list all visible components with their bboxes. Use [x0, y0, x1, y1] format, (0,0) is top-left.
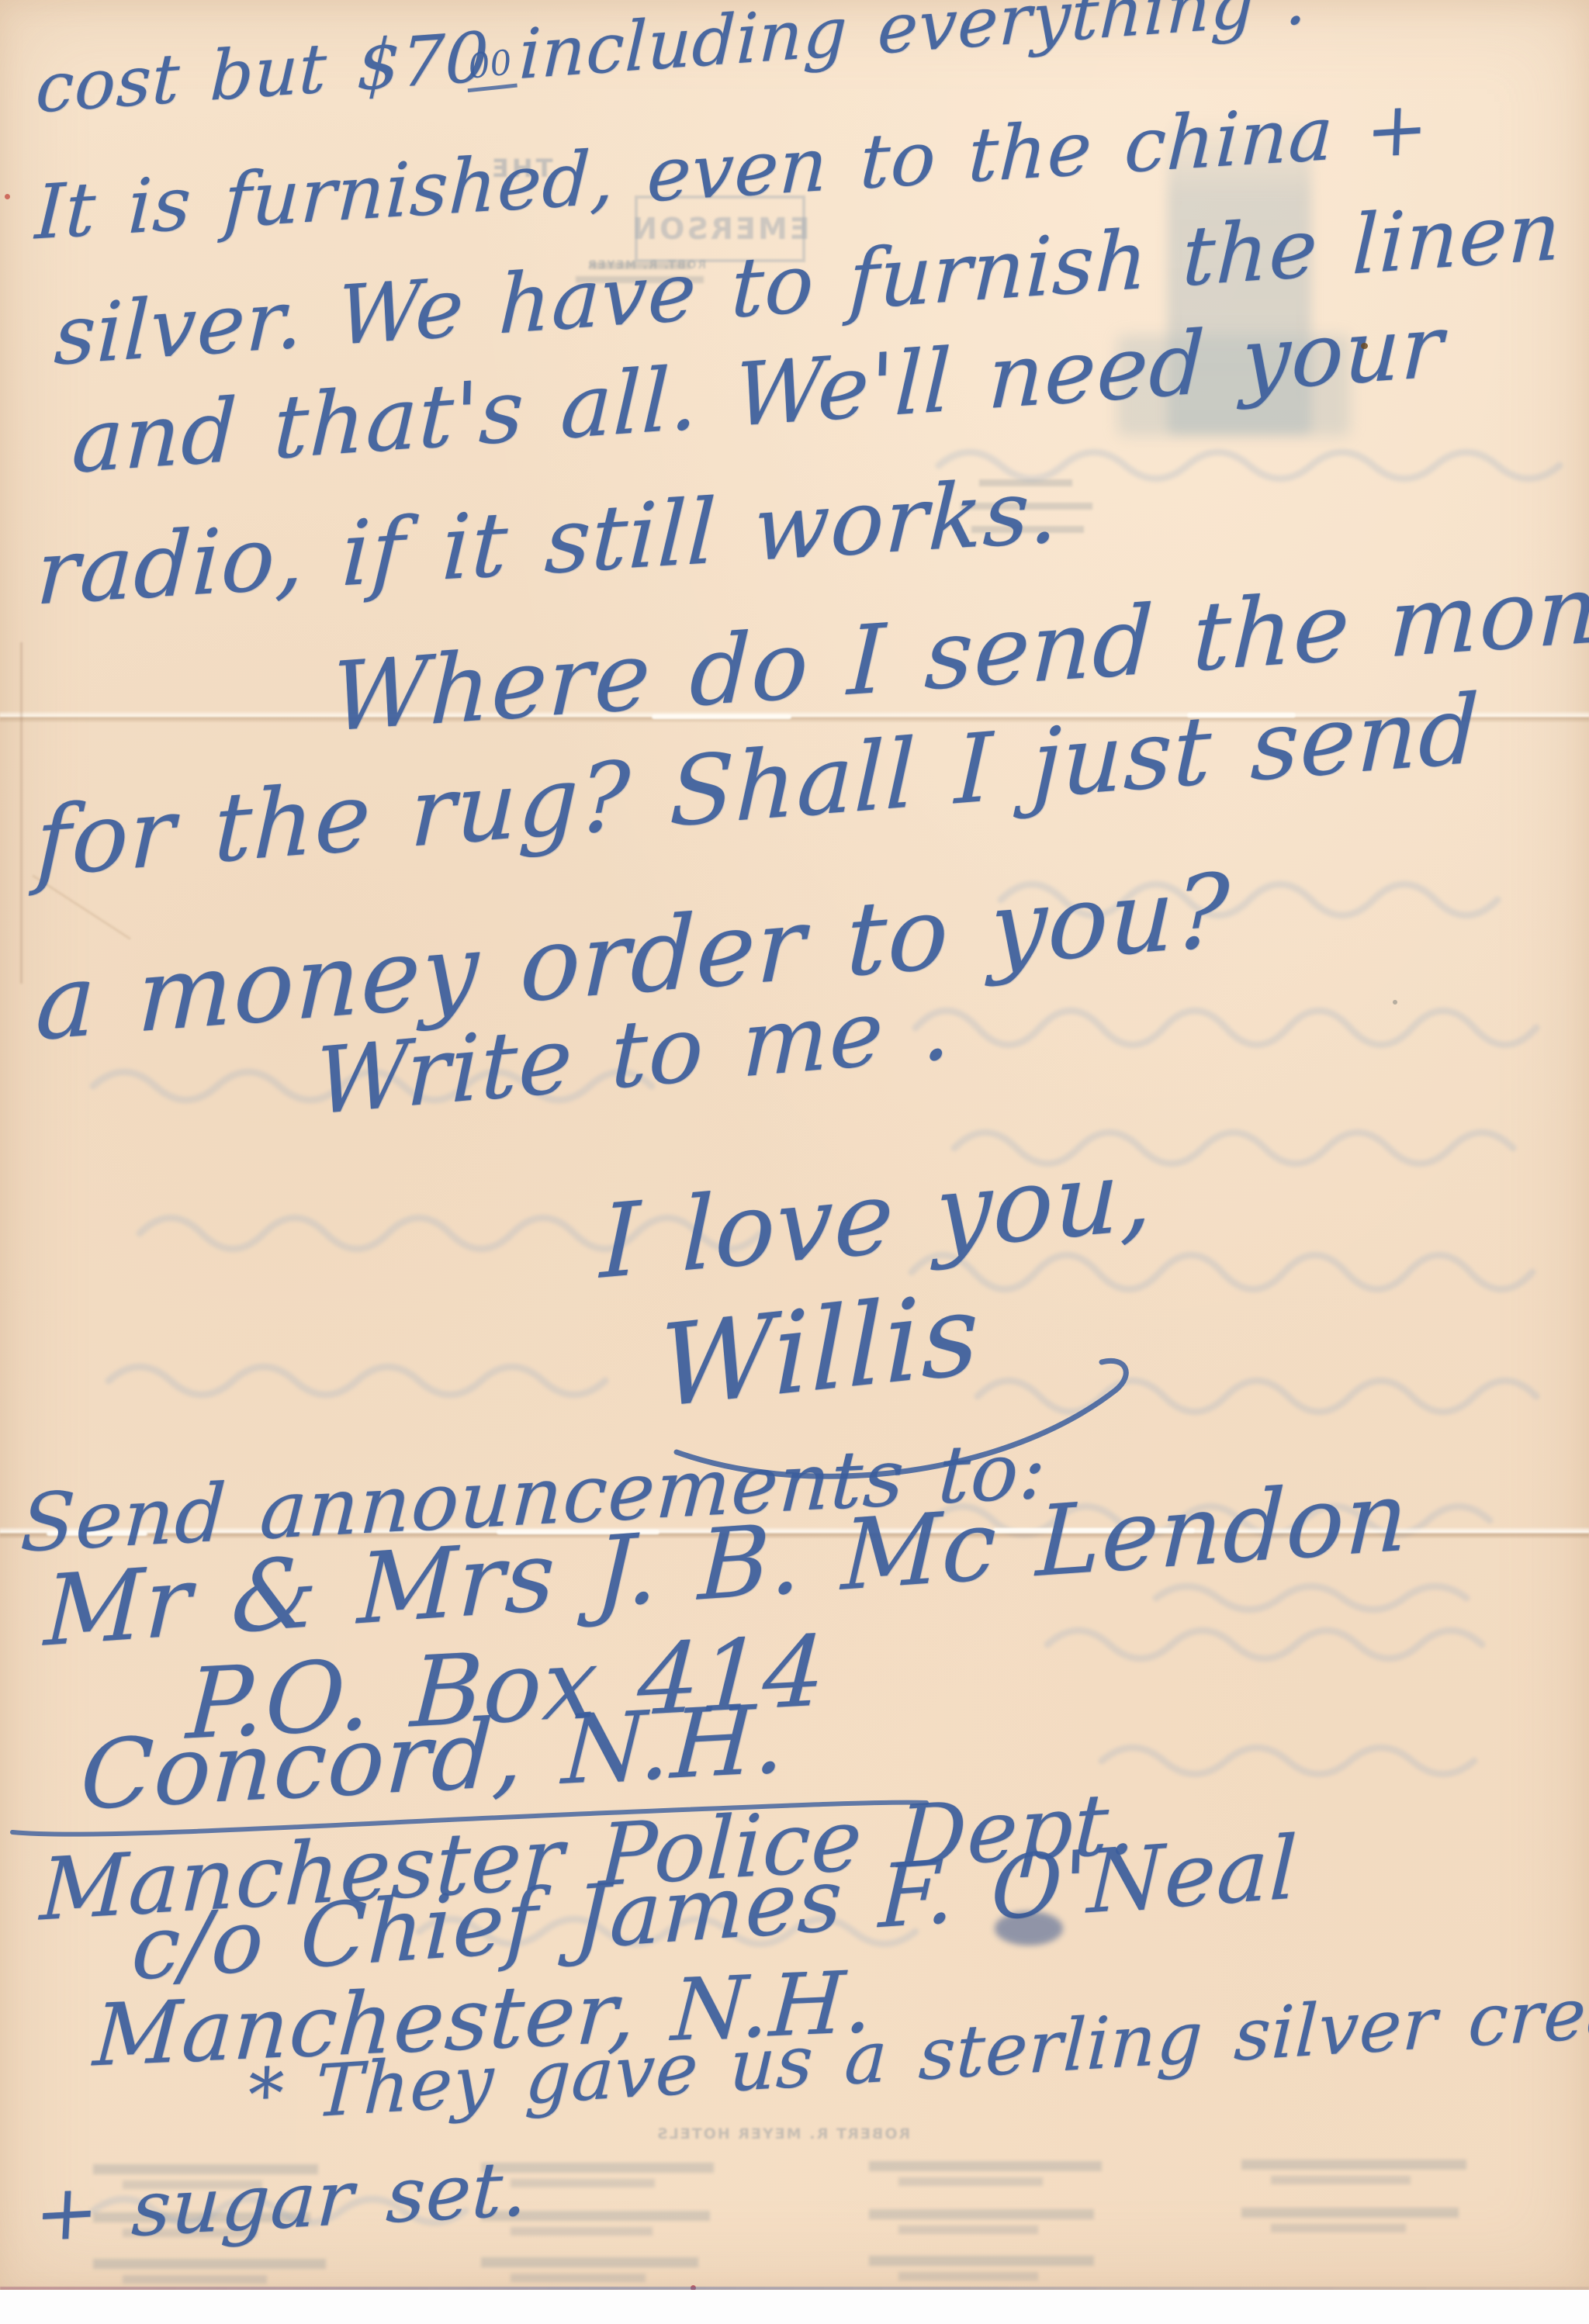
paper-speck	[5, 194, 10, 199]
hotel-list-entry-showthrough	[869, 2256, 1094, 2266]
hotel-list-entry-showthrough	[93, 2259, 326, 2269]
ink-blot	[995, 1911, 1063, 1945]
paper-speck	[1393, 1000, 1397, 1005]
amount-superscript: 00	[463, 43, 518, 92]
scanner-background	[0, 2290, 1589, 2324]
hotel-list-heading-showthrough: ROBERT R. MEYER HOTELS	[656, 2125, 910, 2142]
hotel-list-entry-showthrough	[1241, 2160, 1466, 2170]
hotel-list-entry-showthrough	[869, 2209, 1094, 2219]
hotel-list-entry-showthrough	[869, 2161, 1102, 2171]
letter-scan: THE EMERSON ROBT. R. MEYER ROBERT R. MEY…	[0, 0, 1589, 2324]
hotel-list-entry-showthrough	[1241, 2208, 1459, 2218]
hotel-list-entry-showthrough	[481, 2257, 698, 2267]
paper-speck	[1361, 343, 1368, 349]
left-edge-crease	[20, 642, 23, 984]
